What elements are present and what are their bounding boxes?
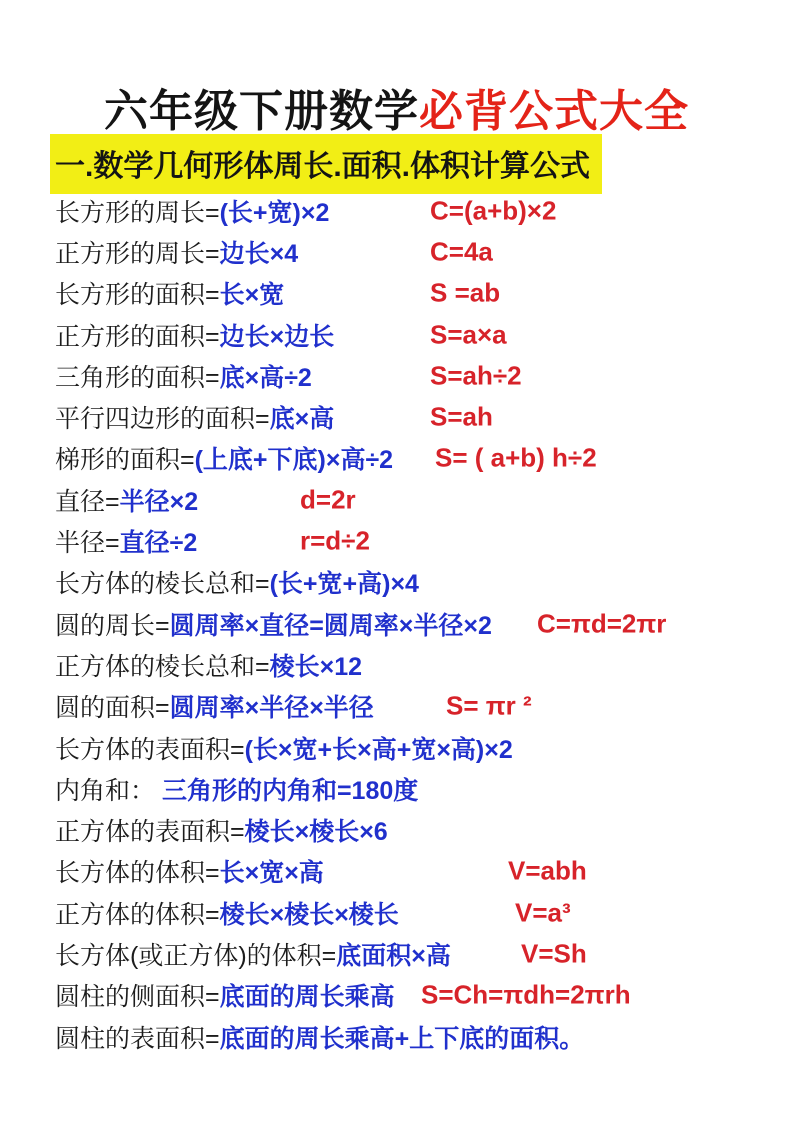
formula-row-square-perimeter: 正方形的周长=边长×4 C=4a: [0, 231, 793, 272]
formula-row-radius: 半径=直径÷2 r=d÷2: [0, 520, 793, 561]
formula-row-interior-angle-sum: 内角和： 三角形的内角和=180度: [0, 768, 793, 809]
formula-label: 长方形的周长=: [55, 193, 220, 229]
formula-blue: 棱长×棱长×6: [245, 812, 388, 848]
formula-symbolic: C=(a+b)×2: [430, 195, 556, 226]
formula-label: 平行四边形的面积=: [55, 399, 270, 435]
formula-symbolic: S=ah: [430, 402, 493, 433]
formula-row-cuboid-edge-sum: 长方体的棱长总和=(长+宽+高)×4: [0, 562, 793, 603]
formula-label: 正方形的周长=: [55, 234, 220, 270]
formula-blue: (长+宽)×2: [220, 193, 330, 229]
formula-symbolic: S=Ch=πdh=2πrh: [421, 980, 631, 1011]
formula-blue: 底面的周长乘高+上下底的面积。: [220, 1019, 585, 1055]
formula-label: 正方形的面积=: [55, 317, 220, 353]
section-header: 一.数学几何形体周长.面积.体积计算公式: [50, 134, 602, 194]
formula-row-cube-edge-sum: 正方体的棱长总和=棱长×12: [0, 644, 793, 685]
formula-row-circle-circumference: 圆的周长=圆周率×直径=圆周率×半径×2 C=πd=2πr: [0, 603, 793, 644]
formula-row-parallelogram-area: 平行四边形的面积=底×高 S=ah: [0, 396, 793, 437]
formula-label: 圆柱的表面积=: [55, 1019, 220, 1055]
formula-label: 三角形的面积=: [55, 358, 220, 394]
formula-label: 正方体的体积=: [55, 895, 220, 931]
formula-label: 长方体的体积=: [55, 853, 220, 889]
formula-blue: 圆周率×直径=圆周率×半径×2: [170, 606, 492, 642]
formula-blue: 圆周率×半径×半径: [170, 688, 374, 724]
formula-row-cube-surface-area: 正方体的表面积=棱长×棱长×6: [0, 809, 793, 850]
formula-blue: 边长×边长: [220, 317, 335, 353]
formula-blue: 三角形的内角和=180度: [162, 771, 418, 807]
formula-label: 圆的面积=: [55, 688, 170, 724]
formula-blue: (上底+下底)×高÷2: [195, 440, 393, 476]
formula-blue: (长+宽+高)×4: [270, 564, 419, 600]
formula-symbolic: C=πd=2πr: [537, 608, 666, 639]
formula-symbolic: V=a³: [515, 897, 571, 928]
formula-symbolic: d=2r: [300, 484, 356, 515]
formula-label: 长方形的面积=: [55, 275, 220, 311]
formula-row-rectangle-area: 长方形的面积=长×宽 S =ab: [0, 273, 793, 314]
formula-row-cylinder-lateral-area: 圆柱的侧面积=底面的周长乘高 S=Ch=πdh=2πrh: [0, 975, 793, 1016]
formula-row-triangle-area: 三角形的面积=底×高÷2 S=ah÷2: [0, 355, 793, 396]
formula-label: 正方体的棱长总和=: [55, 647, 270, 683]
formula-label: 长方体(或正方体)的体积=: [55, 936, 336, 972]
formula-blue: (长×宽+长×高+宽×高)×2: [245, 730, 513, 766]
formula-symbolic: S =ab: [430, 278, 500, 309]
title-red-part: 必背公式大全: [419, 87, 689, 136]
formula-blue: 长×宽: [220, 275, 285, 311]
formula-list: 长方形的周长=(长+宽)×2 C=(a+b)×2 正方形的周长=边长×4 C=4…: [0, 190, 793, 1057]
formula-row-cuboid-volume: 长方体的体积=长×宽×高 V=abh: [0, 851, 793, 892]
formula-row-diameter: 直径=半径×2 d=2r: [0, 479, 793, 520]
formula-symbolic: S= πr ²: [446, 691, 532, 722]
title-black-part: 六年级下册数学: [104, 87, 419, 136]
formula-blue: 棱长×12: [270, 647, 362, 683]
formula-symbolic: V=abh: [508, 856, 587, 887]
formula-symbolic: S=a×a: [430, 319, 507, 350]
formula-label: 梯形的面积=: [55, 440, 195, 476]
formula-blue: 底面积×高: [336, 936, 451, 972]
formula-blue: 直径÷2: [120, 523, 198, 559]
formula-blue: 底面的周长乘高: [220, 977, 395, 1013]
formula-row-square-area: 正方形的面积=边长×边长 S=a×a: [0, 314, 793, 355]
formula-blue: 底×高: [270, 399, 335, 435]
formula-label: 正方体的表面积=: [55, 812, 245, 848]
formula-symbolic: S=ah÷2: [430, 360, 522, 391]
formula-blue: 半径×2: [120, 482, 199, 518]
formula-row-trapezoid-area: 梯形的面积=(上底+下底)×高÷2 S= ( a+b) h÷2: [0, 438, 793, 479]
formula-label: 长方体的表面积=: [55, 730, 245, 766]
formula-label: 圆柱的侧面积=: [55, 977, 220, 1013]
formula-label: 长方体的棱长总和=: [55, 564, 270, 600]
formula-row-rectangle-perimeter: 长方形的周长=(长+宽)×2 C=(a+b)×2: [0, 190, 793, 231]
formula-blue: 底×高÷2: [220, 358, 312, 394]
formula-sheet-page: 六年级下册数学必背公式大全 一.数学几何形体周长.面积.体积计算公式 长方形的周…: [0, 0, 793, 1122]
formula-label: 圆的周长=: [55, 606, 170, 642]
formula-row-prism-volume: 长方体(或正方体)的体积=底面积×高 V=Sh: [0, 933, 793, 974]
formula-row-cuboid-surface-area: 长方体的表面积=(长×宽+长×高+宽×高)×2: [0, 727, 793, 768]
formula-symbolic: r=d÷2: [300, 526, 370, 557]
formula-blue: 边长×4: [220, 234, 299, 270]
formula-symbolic: V=Sh: [521, 938, 587, 969]
formula-symbolic: S= ( a+b) h÷2: [435, 443, 597, 474]
formula-blue: 棱长×棱长×棱长: [220, 895, 399, 931]
formula-blue: 长×宽×高: [220, 853, 324, 889]
formula-symbolic: C=4a: [430, 236, 493, 267]
formula-label: 半径=: [55, 523, 120, 559]
page-title: 六年级下册数学必背公式大全: [0, 75, 793, 139]
formula-row-cylinder-surface-area: 圆柱的表面积=底面的周长乘高+上下底的面积。: [0, 1016, 793, 1057]
formula-row-circle-area: 圆的面积=圆周率×半径×半径 S= πr ²: [0, 686, 793, 727]
formula-row-cube-volume: 正方体的体积=棱长×棱长×棱长 V=a³: [0, 892, 793, 933]
formula-label: 直径=: [55, 482, 120, 518]
formula-label: 内角和：: [55, 771, 162, 807]
